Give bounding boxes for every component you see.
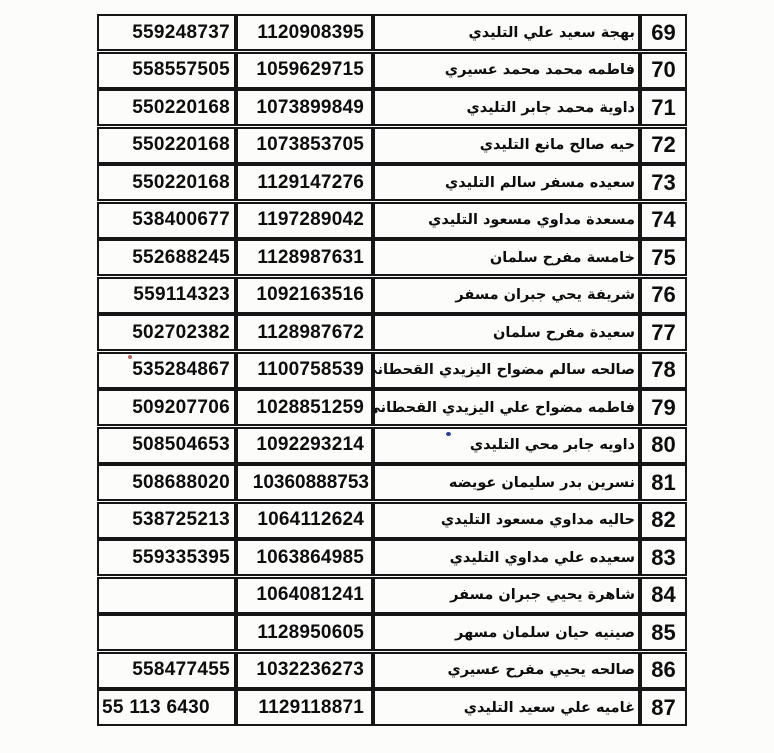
id-number-cell: 1120908395 <box>236 14 373 51</box>
row-number-cell: 71 <box>640 89 687 126</box>
table-row: 1064081241 شاهرة يحيي جبران مسفر 84 <box>97 577 689 614</box>
row-number-cell: 81 <box>640 464 687 501</box>
row-number-cell: 73 <box>640 164 687 201</box>
table-row: 559248737 1120908395 بهجة سعيد علي التلي… <box>97 14 689 51</box>
phone-number-cell: 558557505 <box>97 52 236 89</box>
person-name-cell: صالحه يحيي مفرح عسيري <box>373 652 640 689</box>
row-number-cell: 82 <box>640 502 687 539</box>
table-row: 558557505 1059629715 فاطمه محمد محمد عسي… <box>97 52 689 89</box>
id-number-cell: 1128950605 <box>236 614 373 651</box>
table-row: 559335395 1063864985 سعيده علي مداوي الت… <box>97 539 689 576</box>
row-number-cell: 80 <box>640 427 687 464</box>
id-number-cell: 10360888753 <box>236 464 373 501</box>
person-name-cell: داوية محمد جابر التليدي <box>373 89 640 126</box>
id-number-cell: 1092163516 <box>236 277 373 314</box>
person-name-cell: داويه جابر محي التليدي <box>373 427 640 464</box>
table-row: 509207706 1028851259 فاطمه مضواح علي الي… <box>97 389 689 426</box>
phone-number-cell <box>97 614 236 651</box>
scan-artifact-red-dot <box>128 355 132 359</box>
phone-number-cell: 535284867 <box>97 352 236 389</box>
row-number-cell: 84 <box>640 577 687 614</box>
row-number-cell: 75 <box>640 239 687 276</box>
table-row: 55 113 6430 1129118871 غاميه علي سعيد ال… <box>97 689 689 726</box>
id-number-cell: 1059629715 <box>236 52 373 89</box>
table-row: 538725213 1064112624 حاليه مداوي مسعود ا… <box>97 502 689 539</box>
person-name-cell: سعيدة مفرح سلمان <box>373 314 640 351</box>
row-number-cell: 85 <box>640 614 687 651</box>
id-number-cell: 1092293214 <box>236 427 373 464</box>
person-name-cell: سعيده مسفر سالم التليدي <box>373 164 640 201</box>
person-name-cell: سعيده علي مداوي التليدي <box>373 539 640 576</box>
table-row: 535284867 1100758539 صالحه سالم مضواح ال… <box>97 352 689 389</box>
phone-number-cell: 559335395 <box>97 539 236 576</box>
table-row: 1128950605 صينيه حيان سلمان مسهر 85 <box>97 614 689 651</box>
phone-number-cell: 508688020 <box>97 464 236 501</box>
table-row: 558477455 1032236273 صالحه يحيي مفرح عسي… <box>97 652 689 689</box>
row-number-cell: 74 <box>640 202 687 239</box>
person-name-cell: فاطمه محمد محمد عسيري <box>373 52 640 89</box>
phone-number-cell: 550220168 <box>97 89 236 126</box>
person-name-cell: حيه صالح مانع التليدي <box>373 127 640 164</box>
id-number-cell: 1129118871 <box>236 689 373 726</box>
row-number-cell: 70 <box>640 52 687 89</box>
row-number-cell: 78 <box>640 352 687 389</box>
table-row: 502702382 1128987672 سعيدة مفرح سلمان 77 <box>97 314 689 351</box>
phone-number-cell: 559248737 <box>97 14 236 51</box>
phone-number-cell: 538400677 <box>97 202 236 239</box>
phone-number-cell: 55 113 6430 <box>97 689 236 726</box>
person-name-cell: خامسة مفرح سلمان <box>373 239 640 276</box>
phone-number-cell: 538725213 <box>97 502 236 539</box>
id-number-cell: 1128987672 <box>236 314 373 351</box>
person-name-cell: شريفة يحي جبران مسفر <box>373 277 640 314</box>
person-name-cell: فاطمه مضواح علي اليزيدي القحطاني <box>373 389 640 426</box>
row-number-cell: 77 <box>640 314 687 351</box>
phone-number-cell: 550220168 <box>97 164 236 201</box>
id-number-cell: 1064112624 <box>236 502 373 539</box>
person-name-cell: حاليه مداوي مسعود التليدي <box>373 502 640 539</box>
id-number-cell: 1128987631 <box>236 239 373 276</box>
id-number-cell: 1073899849 <box>236 89 373 126</box>
person-name-cell: صينيه حيان سلمان مسهر <box>373 614 640 651</box>
person-name-cell: غاميه علي سعيد التليدي <box>373 689 640 726</box>
id-number-cell: 1028851259 <box>236 389 373 426</box>
table-row: 508504653 1092293214 داويه جابر محي التل… <box>97 427 689 464</box>
table-row: 552688245 1128987631 خامسة مفرح سلمان 75 <box>97 239 689 276</box>
scanned-page: 559248737 1120908395 بهجة سعيد علي التلي… <box>0 0 774 753</box>
table-row: 550220168 1073899849 داوية محمد جابر الت… <box>97 89 689 126</box>
phone-number-cell: 558477455 <box>97 652 236 689</box>
row-number-cell: 87 <box>640 689 687 726</box>
person-name-cell: نسرين بدر سليمان عويضه <box>373 464 640 501</box>
row-number-cell: 79 <box>640 389 687 426</box>
table-row: 550220168 1129147276 سعيده مسفر سالم الت… <box>97 164 689 201</box>
records-table: 559248737 1120908395 بهجة سعيد علي التلي… <box>97 14 689 727</box>
person-name-cell: صالحه سالم مضواح اليزيدي القحطاني <box>373 352 640 389</box>
id-number-cell: 1073853705 <box>236 127 373 164</box>
id-number-cell: 1032236273 <box>236 652 373 689</box>
id-number-cell: 1064081241 <box>236 577 373 614</box>
id-number-cell: 1129147276 <box>236 164 373 201</box>
id-number-cell: 1197289042 <box>236 202 373 239</box>
table-row: 538400677 1197289042 مسعدة مداوي مسعود ا… <box>97 202 689 239</box>
phone-number-cell: 550220168 <box>97 127 236 164</box>
row-number-cell: 83 <box>640 539 687 576</box>
phone-number-cell: 502702382 <box>97 314 236 351</box>
id-number-cell: 1063864985 <box>236 539 373 576</box>
scan-artifact-blue-dot <box>446 432 451 436</box>
row-number-cell: 69 <box>640 14 687 51</box>
row-number-cell: 76 <box>640 277 687 314</box>
phone-number-cell: 509207706 <box>97 389 236 426</box>
person-name-cell: مسعدة مداوي مسعود التليدي <box>373 202 640 239</box>
phone-number-cell: 508504653 <box>97 427 236 464</box>
table-row: 559114323 1092163516 شريفة يحي جبران مسف… <box>97 277 689 314</box>
row-number-cell: 86 <box>640 652 687 689</box>
table-row: 508688020 10360888753 نسرين بدر سليمان ع… <box>97 464 689 501</box>
row-number-cell: 72 <box>640 127 687 164</box>
phone-number-cell: 559114323 <box>97 277 236 314</box>
id-number-cell: 1100758539 <box>236 352 373 389</box>
phone-number-cell <box>97 577 236 614</box>
table-row: 550220168 1073853705 حيه صالح مانع التلي… <box>97 127 689 164</box>
phone-number-cell: 552688245 <box>97 239 236 276</box>
person-name-cell: بهجة سعيد علي التليدي <box>373 14 640 51</box>
person-name-cell: شاهرة يحيي جبران مسفر <box>373 577 640 614</box>
